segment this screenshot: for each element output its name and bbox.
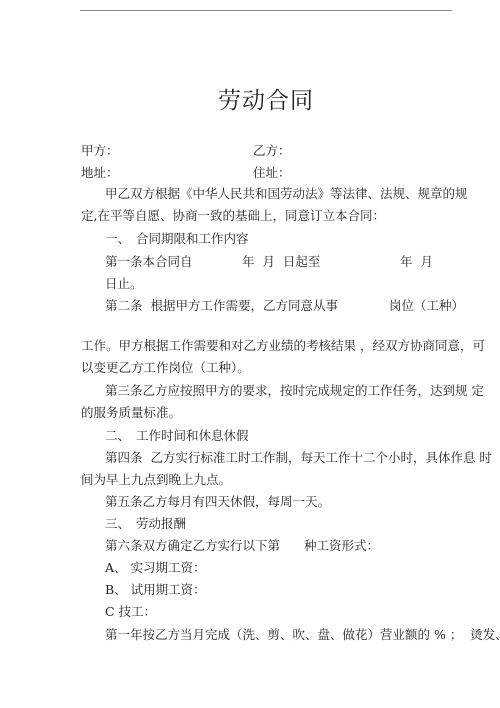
article-2-part-1: 第二条 根据甲方工作需要，乙方同意从事 [105,298,338,314]
article-2-line-3: 以变更乙方工作岗位（工种）。 [81,360,250,376]
wage-item-b: B、 试用期工资： [105,582,206,598]
article-3-line-1: 第三条乙方应按照甲方的要求，按时完成规定的工作任务，达到规 定 [105,383,484,399]
address-b-label: 住址： [253,165,291,181]
section-3-number: 三、 [105,516,130,532]
article-2-part-2: 岗位（工种） [389,298,464,314]
wage-year-1: 第一年按乙方当月完成（洗、剪、吹、盘、做花）营业额的 % ； 烫发、 [105,627,500,643]
section-1-heading: 合同期限和工作内容 [136,231,249,247]
article-6-part-2: 种工资形式： [304,538,379,554]
article-1-part-1: 第一条本合同自 [105,254,193,270]
article-1-part-2: 年 月 日起至 [242,254,320,270]
party-a-label: 甲方： [81,143,119,159]
article-2-line-2: 工作。甲方根据工作需要和对乙方业绩的考核结果 ，经双方协商同意，可 [81,338,485,354]
article-6-part-1: 第六条双方确定乙方实行以下第 [105,538,280,554]
document-title: 劳动合同 [0,82,500,115]
preamble-line-2: 定,在平等自愿、协商一致的基础上，同意订立本合同： [81,208,385,224]
article-1-line-2: 日止。 [105,276,143,292]
preamble-line-1: 甲乙双方根据《中华人民共和国劳动法》等法律、法规、规章的规 [105,186,468,202]
wage-item-a: A、 实习期工资： [105,560,206,576]
article-4-line-2: 间为早上九点到晚上九点。 [81,472,231,488]
article-1-part-3: 年 月 [400,254,433,270]
section-3-heading: 劳动报酬 [136,516,186,532]
header-rule [80,10,452,11]
article-5-line-1: 第五条乙方每月有四天休假，每周一天。 [105,494,330,510]
section-2-number: 二、 [105,428,130,444]
article-3-line-2: 的服务质量标准。 [81,405,181,421]
wage-item-c: C 技工： [105,604,156,620]
section-1-number: 一、 [105,231,130,247]
article-4-line-1: 第四条 乙方实行标准工时工作制，每天工作十二个小时，具体作息 时 [105,450,492,466]
address-a-label: 地址： [81,165,119,181]
section-2-heading: 工作时间和休息休假 [136,428,249,444]
party-b-label: 乙方： [253,143,291,159]
